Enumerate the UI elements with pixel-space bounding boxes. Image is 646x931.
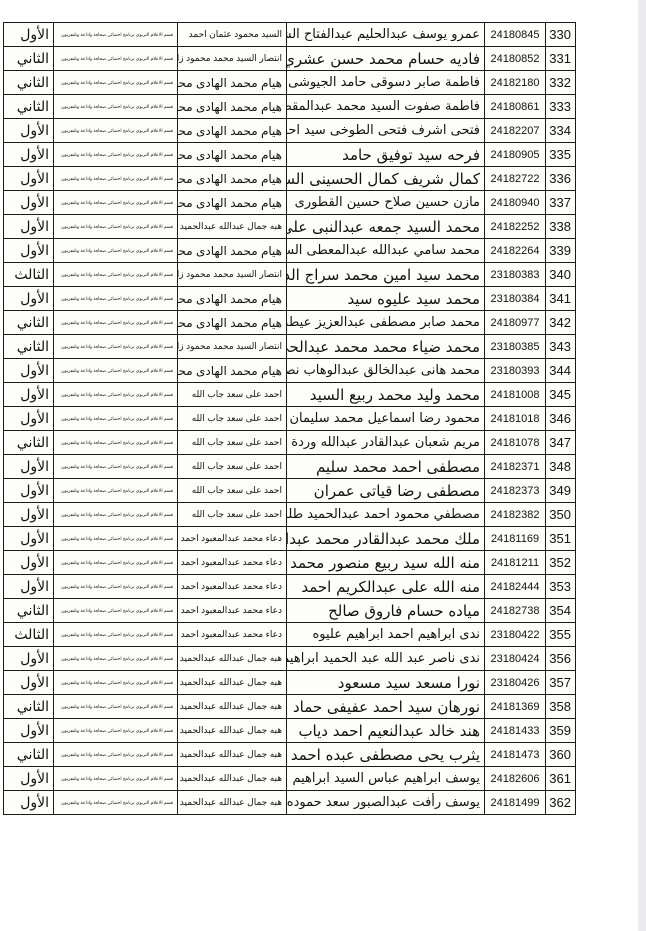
student-name-cell: مريم شعبان عبدالقادر عبدالله وردة [287,431,485,455]
row-index-cell: 359 [546,719,576,743]
row-index-cell: 337 [546,191,576,215]
table-row: 358 24181369 نورهان سيد احمد عفيفى حماد … [4,695,576,719]
department-cell: قسم الاعلام التربوي برنامج اخصائي صحافة … [54,671,178,695]
student-code-cell: 24182606 [485,767,546,791]
table-row: 337 24180940 مازن حسين صلاح حسين القطورى… [4,191,576,215]
table-row: 344 23180393 محمد هانى عبدالخالق عبدالوه… [4,359,576,383]
supervisor-cell: انتصار السيد محمد محمود زايد [178,47,287,71]
level-cell: الأول [4,143,54,167]
department-cell: قسم الاعلام التربوي برنامج اخصائي صحافة … [54,719,178,743]
student-name-cell: ندى ناصر عبد الله عبد الحميد ابراهيم [287,647,485,671]
level-cell: الثاني [4,743,54,767]
roster-body: 330 24180845 عمرو يوسف عبدالحليم عبدالفت… [4,23,576,815]
level-cell: الأول [4,791,54,815]
student-code-cell: 24181078 [485,431,546,455]
student-name-cell: محمد سيد امين محمد سراج الدين [287,263,485,287]
table-row: 339 24182264 محمد سامي عبدالله عبدالمعطى… [4,239,576,263]
table-row: 354 24182738 مياده حسام فاروق صالح دعاء … [4,599,576,623]
row-index-cell: 357 [546,671,576,695]
table-row: 352 24181211 منه الله سيد ربيع منصور محم… [4,551,576,575]
department-cell: قسم الاعلام التربوي برنامج اخصائي صحافة … [54,479,178,503]
supervisor-cell: هيام محمد الهادى محمد [178,239,287,263]
level-cell: الثاني [4,695,54,719]
table-row: 359 24181433 هند خالد عبدالنعيم احمد ديا… [4,719,576,743]
table-row: 347 24181078 مريم شعبان عبدالقادر عبدالل… [4,431,576,455]
student-code-cell: 23180384 [485,287,546,311]
supervisor-cell: هبه جمال عبدالله عبدالحميد [178,215,287,239]
row-index-cell: 344 [546,359,576,383]
level-cell: الأول [4,671,54,695]
student-name-cell: نورهان سيد احمد عفيفى حماد [287,695,485,719]
department-cell: قسم الاعلام التربوي برنامج اخصائي صحافة … [54,215,178,239]
student-name-cell: منه الله سيد ربيع منصور محمد [287,551,485,575]
student-code-cell: 24182180 [485,71,546,95]
table-row: 356 23180424 ندى ناصر عبد الله عبد الحمي… [4,647,576,671]
row-index-cell: 362 [546,791,576,815]
supervisor-cell: هيام محمد الهادى محمد [178,287,287,311]
level-cell: الأول [4,551,54,575]
row-index-cell: 352 [546,551,576,575]
row-index-cell: 334 [546,119,576,143]
department-cell: قسم الاعلام التربوي برنامج اخصائي صحافة … [54,359,178,383]
row-index-cell: 338 [546,215,576,239]
department-cell: قسم الاعلام التربوي برنامج اخصائي صحافة … [54,551,178,575]
supervisor-cell: احمد على سعد جاب الله [178,431,287,455]
table-row: 351 24181169 ملك محمد عبدالقادر محمد عبد… [4,527,576,551]
level-cell: الثالث [4,623,54,647]
department-cell: قسم الاعلام التربوي برنامج اخصائي صحافة … [54,71,178,95]
student-name-cell: فاطمة صابر دسوقى حامد الجيوشى [287,71,485,95]
table-row: 350 24182382 مصطفي محمود احمد عبدالحميد … [4,503,576,527]
supervisor-cell: احمد على سعد جاب الله [178,455,287,479]
student-name-cell: يوسف ابراهيم عباس السيد ابراهيم [287,767,485,791]
student-code-cell: 24180905 [485,143,546,167]
student-name-cell: منه الله على عبدالكريم احمد [287,575,485,599]
level-cell: الأول [4,287,54,311]
student-name-cell: محمد سيد عليوه سيد [287,287,485,311]
student-name-cell: محمد هانى عبدالخالق عبدالوهاب نصر [287,359,485,383]
level-cell: الثاني [4,95,54,119]
department-cell: قسم الاعلام التربوي برنامج اخصائي صحافة … [54,503,178,527]
row-index-cell: 353 [546,575,576,599]
student-code-cell: 24182207 [485,119,546,143]
student-code-cell: 24181008 [485,383,546,407]
level-cell: الأول [4,167,54,191]
table-row: 355 23180422 ندى ابراهيم احمد ابراهيم عل… [4,623,576,647]
supervisor-cell: احمد على سعد جاب الله [178,383,287,407]
supervisor-cell: دعاء محمد عبدالمعبود احمد [178,527,287,551]
student-code-cell: 24180977 [485,311,546,335]
row-index-cell: 361 [546,767,576,791]
level-cell: الثاني [4,431,54,455]
row-index-cell: 330 [546,23,576,47]
supervisor-cell: هيام محمد الهادى محمد [178,95,287,119]
student-name-cell: فاديه حسام محمد حسن عشري [287,47,485,71]
student-code-cell: 23180426 [485,671,546,695]
row-index-cell: 341 [546,287,576,311]
level-cell: الثاني [4,599,54,623]
student-name-cell: كمال شريف كمال الحسينى السيد [287,167,485,191]
supervisor-cell: هيام محمد الهادى محمد [178,359,287,383]
row-index-cell: 342 [546,311,576,335]
student-code-cell: 24181499 [485,791,546,815]
department-cell: قسم الاعلام التربوي برنامج اخصائي صحافة … [54,431,178,455]
department-cell: قسم الاعلام التربوي برنامج اخصائي صحافة … [54,287,178,311]
table-row: 360 24181473 يثرب يحى مصطفى عبده احمد هب… [4,743,576,767]
department-cell: قسم الاعلام التربوي برنامج اخصائي صحافة … [54,311,178,335]
student-code-cell: 24181473 [485,743,546,767]
table-row: 349 24182373 مصطفى رضا قياتى عمران احمد … [4,479,576,503]
student-code-cell: 24182738 [485,599,546,623]
row-index-cell: 348 [546,455,576,479]
supervisor-cell: هبه جمال عبدالله عبدالحميد [178,767,287,791]
department-cell: قسم الاعلام التربوي برنامج اخصائي صحافة … [54,407,178,431]
row-index-cell: 347 [546,431,576,455]
row-index-cell: 360 [546,743,576,767]
table-row: 346 24181018 محمود رضا اسماعيل محمد سليم… [4,407,576,431]
table-row: 348 24182371 مصطفى احمد محمد سليم احمد ع… [4,455,576,479]
supervisor-cell: هبه جمال عبدالله عبدالحميد [178,791,287,815]
supervisor-cell: احمد على سعد جاب الله [178,479,287,503]
student-code-cell: 23180393 [485,359,546,383]
table-row: 353 24182444 منه الله على عبدالكريم احمد… [4,575,576,599]
student-code-cell: 24182264 [485,239,546,263]
supervisor-cell: هيام محمد الهادى محمد [178,167,287,191]
department-cell: قسم الاعلام التربوي برنامج اخصائي صحافة … [54,791,178,815]
department-cell: قسم الاعلام التربوي برنامج اخصائي صحافة … [54,599,178,623]
department-cell: قسم الاعلام التربوي برنامج اخصائي صحافة … [54,95,178,119]
supervisor-cell: السيد محمود عثمان احمد [178,23,287,47]
department-cell: قسم الاعلام التربوي برنامج اخصائي صحافة … [54,335,178,359]
table-row: 335 24180905 فرحه سيد توفيق حامد هيام مح… [4,143,576,167]
table-row: 336 24182722 كمال شريف كمال الحسينى السي… [4,167,576,191]
row-index-cell: 332 [546,71,576,95]
student-code-cell: 24182373 [485,479,546,503]
supervisor-cell: دعاء محمد عبدالمعبود احمد [178,623,287,647]
student-name-cell: مصطفى رضا قياتى عمران [287,479,485,503]
level-cell: الأول [4,767,54,791]
student-name-cell: يثرب يحى مصطفى عبده احمد [287,743,485,767]
table-row: 338 24182252 محمد السيد جمعه عبدالنبى عل… [4,215,576,239]
department-cell: قسم الاعلام التربوي برنامج اخصائي صحافة … [54,191,178,215]
row-index-cell: 351 [546,527,576,551]
document-page: 330 24180845 عمرو يوسف عبدالحليم عبدالفت… [0,0,646,931]
level-cell: الأول [4,647,54,671]
student-code-cell: 24182371 [485,455,546,479]
department-cell: قسم الاعلام التربوي برنامج اخصائي صحافة … [54,455,178,479]
row-index-cell: 358 [546,695,576,719]
row-index-cell: 354 [546,599,576,623]
student-code-cell: 23180383 [485,263,546,287]
level-cell: الثالث [4,263,54,287]
supervisor-cell: انتصار السيد محمد محمود زايد [178,263,287,287]
vertical-scrollbar[interactable] [638,0,646,931]
student-code-cell: 24181018 [485,407,546,431]
table-row: 331 24180852 فاديه حسام محمد حسن عشري ان… [4,47,576,71]
supervisor-cell: دعاء محمد عبدالمعبود احمد [178,551,287,575]
supervisor-cell: هبه جمال عبدالله عبدالحميد [178,695,287,719]
supervisor-cell: هيام محمد الهادى محمد [178,143,287,167]
student-name-cell: عمرو يوسف عبدالحليم عبدالفتاح الشربينى [287,23,485,47]
student-name-cell: محمد سامي عبدالله عبدالمعطى السيد [287,239,485,263]
row-index-cell: 335 [546,143,576,167]
student-name-cell: محمد صابر مصطفى عبدالعزيز عيطه [287,311,485,335]
student-code-cell: 24181169 [485,527,546,551]
table-row: 332 24182180 فاطمة صابر دسوقى حامد الجيو… [4,71,576,95]
student-name-cell: محمد ضياء محمد محمد عبدالحي [287,335,485,359]
level-cell: الثاني [4,71,54,95]
student-name-cell: محمد وليد محمد ربيع السيد [287,383,485,407]
supervisor-cell: انتصار السيد محمد محمود زايد [178,335,287,359]
supervisor-cell: دعاء محمد عبدالمعبود احمد [178,599,287,623]
student-code-cell: 24182252 [485,215,546,239]
student-code-cell: 24182444 [485,575,546,599]
student-code-cell: 24180852 [485,47,546,71]
department-cell: قسم الاعلام التربوي برنامج اخصائي صحافة … [54,263,178,287]
level-cell: الأول [4,527,54,551]
department-cell: قسم الاعلام التربوي برنامج اخصائي صحافة … [54,623,178,647]
table-row: 342 24180977 محمد صابر مصطفى عبدالعزيز ع… [4,311,576,335]
table-row: 345 24181008 محمد وليد محمد ربيع السيد ا… [4,383,576,407]
department-cell: قسم الاعلام التربوي برنامج اخصائي صحافة … [54,767,178,791]
student-code-cell: 24180845 [485,23,546,47]
table-row: 340 23180383 محمد سيد امين محمد سراج الد… [4,263,576,287]
department-cell: قسم الاعلام التربوي برنامج اخصائي صحافة … [54,383,178,407]
row-index-cell: 349 [546,479,576,503]
department-cell: قسم الاعلام التربوي برنامج اخصائي صحافة … [54,743,178,767]
student-name-cell: مصطفي محمود احمد عبدالحميد طلبه [287,503,485,527]
row-index-cell: 340 [546,263,576,287]
department-cell: قسم الاعلام التربوي برنامج اخصائي صحافة … [54,119,178,143]
student-name-cell: مياده حسام فاروق صالح [287,599,485,623]
level-cell: الأول [4,191,54,215]
level-cell: الأول [4,119,54,143]
student-code-cell: 24180940 [485,191,546,215]
department-cell: قسم الاعلام التربوي برنامج اخصائي صحافة … [54,527,178,551]
student-name-cell: هند خالد عبدالنعيم احمد دياب [287,719,485,743]
row-index-cell: 336 [546,167,576,191]
department-cell: قسم الاعلام التربوي برنامج اخصائي صحافة … [54,239,178,263]
row-index-cell: 355 [546,623,576,647]
supervisor-cell: هبه جمال عبدالله عبدالحميد [178,671,287,695]
supervisor-cell: دعاء محمد عبدالمعبود احمد [178,575,287,599]
supervisor-cell: هبه جمال عبدالله عبدالحميد [178,743,287,767]
student-code-cell: 23180422 [485,623,546,647]
student-name-cell: ملك محمد عبدالقادر محمد عبدالقادر [287,527,485,551]
student-code-cell: 24181433 [485,719,546,743]
row-index-cell: 339 [546,239,576,263]
table-row: 333 24180861 فاطمة صفوت السيد محمد عبدال… [4,95,576,119]
row-index-cell: 333 [546,95,576,119]
student-code-cell: 23180424 [485,647,546,671]
department-cell: قسم الاعلام التربوي برنامج اخصائي صحافة … [54,647,178,671]
level-cell: الأول [4,359,54,383]
row-index-cell: 346 [546,407,576,431]
level-cell: الأول [4,23,54,47]
department-cell: قسم الاعلام التربوي برنامج اخصائي صحافة … [54,143,178,167]
level-cell: الثاني [4,335,54,359]
student-code-cell: 24181369 [485,695,546,719]
level-cell: الأول [4,479,54,503]
department-cell: قسم الاعلام التربوي برنامج اخصائي صحافة … [54,575,178,599]
student-name-cell: فرحه سيد توفيق حامد [287,143,485,167]
student-name-cell: مصطفى احمد محمد سليم [287,455,485,479]
department-cell: قسم الاعلام التربوي برنامج اخصائي صحافة … [54,695,178,719]
table-row: 343 23180385 محمد ضياء محمد محمد عبدالحي… [4,335,576,359]
student-name-cell: مازن حسين صلاح حسين القطورى [287,191,485,215]
level-cell: الأول [4,719,54,743]
table-row: 341 23180384 محمد سيد عليوه سيد هيام محم… [4,287,576,311]
level-cell: الأول [4,239,54,263]
supervisor-cell: هيام محمد الهادى محمد [178,191,287,215]
department-cell: قسم الاعلام التربوي برنامج اخصائي صحافة … [54,47,178,71]
student-code-cell: 24181211 [485,551,546,575]
level-cell: الأول [4,407,54,431]
student-code-cell: 24182722 [485,167,546,191]
student-name-cell: نورا مسعد سيد مسعود [287,671,485,695]
row-index-cell: 350 [546,503,576,527]
level-cell: الثاني [4,311,54,335]
table-row: 334 24182207 فتحى اشرف فتحى الطوخى سيد ا… [4,119,576,143]
supervisor-cell: احمد على سعد جاب الله [178,503,287,527]
level-cell: الثاني [4,47,54,71]
student-code-cell: 23180385 [485,335,546,359]
table-row: 357 23180426 نورا مسعد سيد مسعود هبه جما… [4,671,576,695]
student-name-cell: فتحى اشرف فتحى الطوخى سيد احمد [287,119,485,143]
level-cell: الأول [4,455,54,479]
supervisor-cell: هيام محمد الهادى محمد [178,71,287,95]
student-name-cell: محمود رضا اسماعيل محمد سليمان [287,407,485,431]
row-index-cell: 331 [546,47,576,71]
student-name-cell: محمد السيد جمعه عبدالنبى على [287,215,485,239]
row-index-cell: 345 [546,383,576,407]
level-cell: الأول [4,215,54,239]
student-code-cell: 24182382 [485,503,546,527]
supervisor-cell: هيام محمد الهادى محمد [178,119,287,143]
level-cell: الأول [4,503,54,527]
student-name-cell: يوسف رأفت عبدالصبور سعد حموده [287,791,485,815]
department-cell: قسم الاعلام التربوي برنامج اخصائي صحافة … [54,167,178,191]
supervisor-cell: هبه جمال عبدالله عبدالحميد [178,719,287,743]
table-row: 330 24180845 عمرو يوسف عبدالحليم عبدالفت… [4,23,576,47]
table-row: 361 24182606 يوسف ابراهيم عباس السيد ابر… [4,767,576,791]
level-cell: الأول [4,383,54,407]
supervisor-cell: احمد على سعد جاب الله [178,407,287,431]
student-code-cell: 24180861 [485,95,546,119]
level-cell: الأول [4,575,54,599]
student-name-cell: ندى ابراهيم احمد ابراهيم عليوه [287,623,485,647]
department-cell: قسم الاعلام التربوي برنامج اخصائي صحافة … [54,23,178,47]
student-name-cell: فاطمة صفوت السيد محمد عبدالمقصود [287,95,485,119]
table-row: 362 24181499 يوسف رأفت عبدالصبور سعد حمو… [4,791,576,815]
row-index-cell: 343 [546,335,576,359]
row-index-cell: 356 [546,647,576,671]
student-roster-table: 330 24180845 عمرو يوسف عبدالحليم عبدالفت… [3,22,576,815]
supervisor-cell: هبه جمال عبدالله عبدالحميد [178,647,287,671]
supervisor-cell: هيام محمد الهادى محمد [178,311,287,335]
